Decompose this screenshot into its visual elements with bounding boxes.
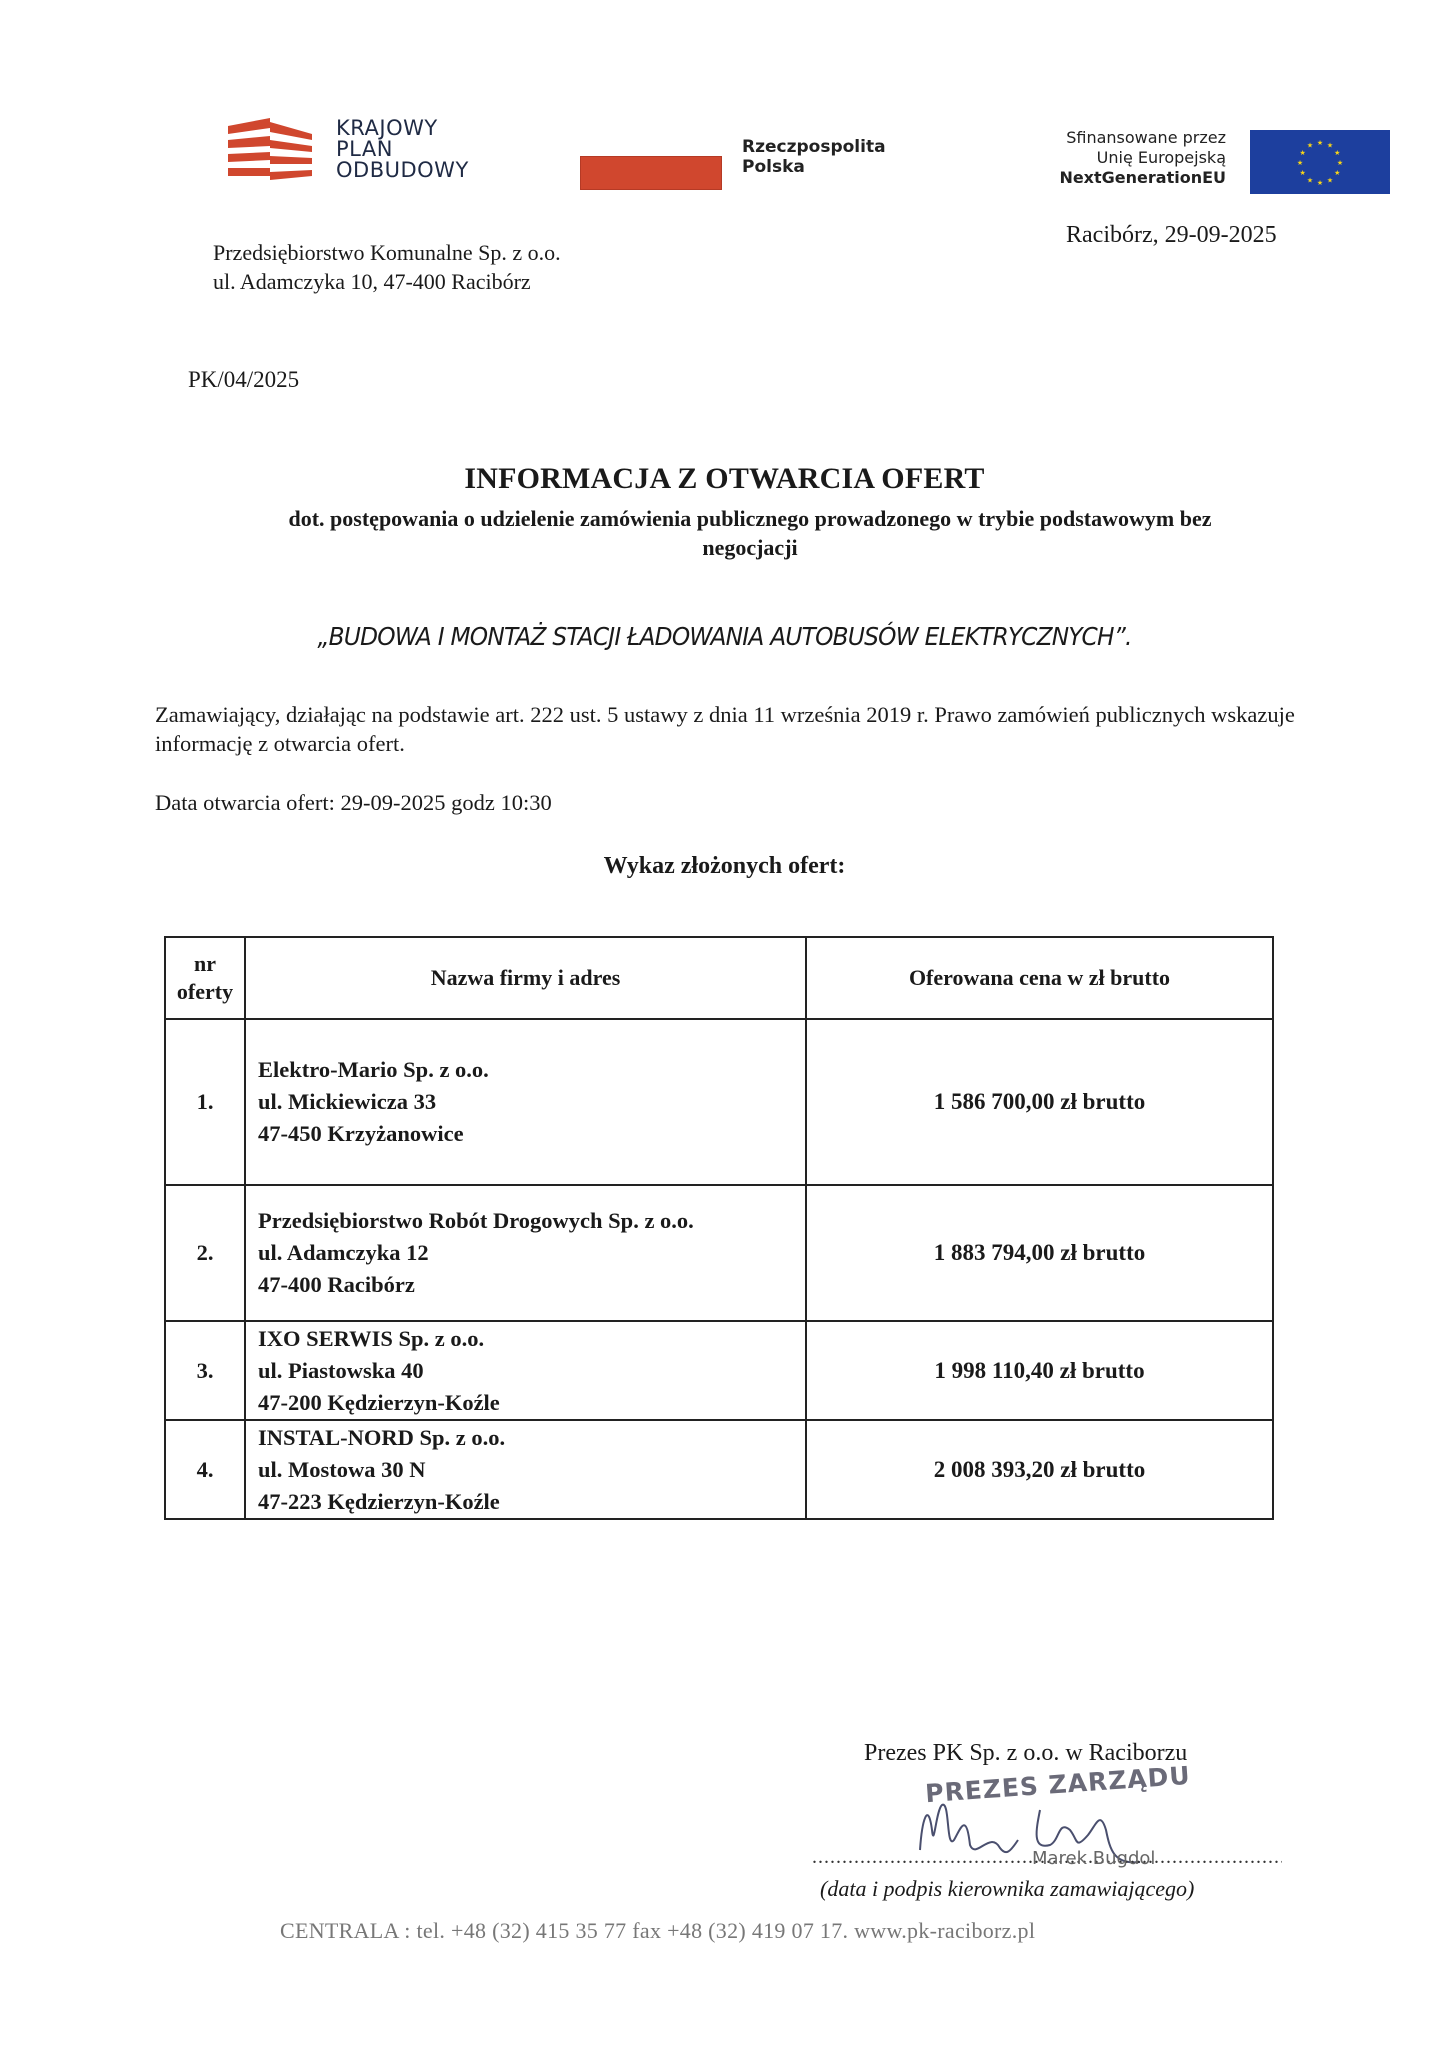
- rp-line-1: Rzeczpospolita: [742, 137, 886, 157]
- firm-line: ul. Mostowa 30 N: [258, 1454, 793, 1486]
- offered-price: 2 008 393,20 zł brutto: [806, 1420, 1273, 1519]
- reference-number: PK/04/2025: [188, 367, 299, 393]
- header-offer-number: nroferty: [165, 937, 245, 1019]
- firm-name-address: Przedsiębiorstwo Robót Drogowych Sp. z o…: [245, 1185, 806, 1321]
- kpo-logo-text: KRAJOWY PLAN ODBUDOWY: [336, 118, 469, 181]
- svg-text:★: ★: [1327, 176, 1333, 184]
- eu-funding-text: Sfinansowane przez Unię Europejską NextG…: [960, 128, 1226, 188]
- svg-text:★: ★: [1297, 159, 1303, 167]
- svg-text:★: ★: [1334, 149, 1340, 157]
- rzeczpospolita-logo-text: Rzeczpospolita Polska: [742, 137, 886, 177]
- firm-line: INSTAL-NORD Sp. z o.o.: [258, 1422, 793, 1454]
- signatory-name: Marek Bugdol: [1032, 1848, 1155, 1869]
- sender-block: Przedsiębiorstwo Komunalne Sp. z o.o. ul…: [213, 238, 561, 296]
- firm-line: IXO SERWIS Sp. z o.o.: [258, 1323, 793, 1355]
- svg-text:★: ★: [1327, 142, 1333, 150]
- document-subtitle: dot. postępowania o udzielenie zamówieni…: [250, 504, 1250, 562]
- offered-price: 1 586 700,00 zł brutto: [806, 1019, 1273, 1185]
- table-header-row: nroferty Nazwa firmy i adres Oferowana c…: [165, 937, 1273, 1019]
- eu-line-2: Unię Europejską: [960, 148, 1226, 168]
- firm-line: 47-223 Kędzierzyn-Koźle: [258, 1486, 793, 1518]
- opening-date-info: Data otwarcia ofert: 29-09-2025 godz 10:…: [155, 790, 552, 816]
- offers-table: nroferty Nazwa firmy i adres Oferowana c…: [164, 936, 1274, 1520]
- eu-flag-icon: ★★★★★★★★★★★★: [1250, 130, 1390, 194]
- offer-number: 1.: [165, 1019, 245, 1185]
- firm-line: Przedsiębiorstwo Robót Drogowych Sp. z o…: [258, 1205, 793, 1237]
- svg-text:★: ★: [1334, 169, 1340, 177]
- firm-line: ul. Mickiewicza 33: [258, 1086, 793, 1118]
- kpo-line-1: KRAJOWY: [336, 118, 469, 139]
- table-row: 2.Przedsiębiorstwo Robót Drogowych Sp. z…: [165, 1185, 1273, 1321]
- rp-line-2: Polska: [742, 157, 886, 177]
- firm-line: 47-450 Krzyżanowice: [258, 1118, 793, 1150]
- firm-line: Elektro-Mario Sp. z o.o.: [258, 1054, 793, 1086]
- header-price: Oferowana cena w zł brutto: [806, 937, 1273, 1019]
- svg-text:★: ★: [1337, 159, 1343, 167]
- svg-text:★: ★: [1317, 139, 1323, 147]
- kpo-logo-icon: [228, 118, 312, 180]
- signatory-role: Prezes PK Sp. z o.o. w Raciborzu: [864, 1740, 1187, 1767]
- firm-line: ul. Piastowska 40: [258, 1355, 793, 1387]
- table-row: 3.IXO SERWIS Sp. z o.o.ul. Piastowska 40…: [165, 1321, 1273, 1420]
- offer-number: 3.: [165, 1321, 245, 1420]
- kpo-line-3: ODBUDOWY: [336, 160, 469, 181]
- sender-address: ul. Adamczyka 10, 47-400 Racibórz: [213, 267, 561, 296]
- offered-price: 1 998 110,40 zł brutto: [806, 1321, 1273, 1420]
- place-date: Racibórz, 29-09-2025: [1066, 222, 1277, 249]
- offered-price: 1 883 794,00 zł brutto: [806, 1185, 1273, 1321]
- sender-name: Przedsiębiorstwo Komunalne Sp. z o.o.: [213, 238, 561, 267]
- signature-caption: (data i podpis kierownika zamawiającego): [820, 1876, 1194, 1902]
- firm-line: 47-400 Racibórz: [258, 1269, 793, 1301]
- svg-text:★: ★: [1300, 149, 1306, 157]
- table-row: 4.INSTAL-NORD Sp. z o.o.ul. Mostowa 30 N…: [165, 1420, 1273, 1519]
- document-title: INFORMACJA Z OTWARCIA OFERT: [0, 462, 1449, 496]
- svg-text:★: ★: [1317, 179, 1323, 187]
- firm-name-address: INSTAL-NORD Sp. z o.o.ul. Mostowa 30 N47…: [245, 1420, 806, 1519]
- svg-text:★: ★: [1307, 142, 1313, 150]
- legal-basis-paragraph: Zamawiający, działając na podstawie art.…: [155, 700, 1295, 758]
- firm-line: ul. Adamczyka 12: [258, 1237, 793, 1269]
- firm-name-address: IXO SERWIS Sp. z o.o.ul. Piastowska 4047…: [245, 1321, 806, 1420]
- polish-flag-bar-icon: [580, 156, 722, 190]
- svg-text:★: ★: [1300, 169, 1306, 177]
- svg-text:★: ★: [1307, 176, 1313, 184]
- eu-line-3: NextGenerationEU: [960, 168, 1226, 188]
- offer-number: 2.: [165, 1185, 245, 1321]
- offers-list-heading: Wykaz złożonych ofert:: [0, 853, 1449, 880]
- offer-number: 4.: [165, 1420, 245, 1519]
- firm-name-address: Elektro-Mario Sp. z o.o.ul. Mickiewicza …: [245, 1019, 806, 1185]
- header-firm-name: Nazwa firmy i adres: [245, 937, 806, 1019]
- eu-line-1: Sfinansowane przez: [960, 128, 1226, 148]
- kpo-line-2: PLAN: [336, 139, 469, 160]
- table-row: 1.Elektro-Mario Sp. z o.o.ul. Mickiewicz…: [165, 1019, 1273, 1185]
- firm-line: 47-200 Kędzierzyn-Koźle: [258, 1387, 793, 1419]
- project-name: „BUDOWA I MONTAŻ STACJI ŁADOWANIA AUTOBU…: [51, 622, 1399, 651]
- footer-contact: CENTRALA : tel. +48 (32) 415 35 77 fax +…: [280, 1918, 1035, 1944]
